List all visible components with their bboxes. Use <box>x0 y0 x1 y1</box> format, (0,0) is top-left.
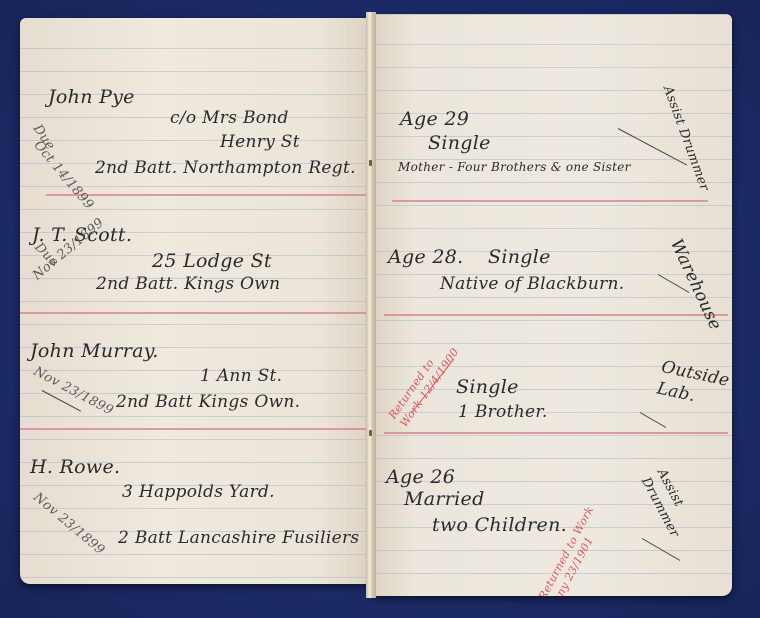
entry-regiment: 2nd Batt. Kings Own <box>96 274 280 294</box>
entry-address-line1: c/o Mrs Bond <box>170 108 289 128</box>
entry-age: Age 28. <box>388 246 463 268</box>
entry-name: H. Rowe. <box>30 456 120 478</box>
entry-family: Mother - Four Brothers & one Sister <box>398 160 631 174</box>
entry-name: John Murray. <box>30 340 159 362</box>
entry-family: 1 Brother. <box>458 402 548 422</box>
entry-status: Single <box>428 132 491 154</box>
entry-address-line1: 3 Happolds Yard. <box>122 482 275 502</box>
entry-status: Single <box>456 376 519 398</box>
entry-regiment: 2 Batt Lancashire Fusiliers <box>118 528 359 548</box>
entry-name: John Pye <box>48 86 135 108</box>
entry-status: Married <box>404 488 485 510</box>
binding-stitch <box>369 430 372 436</box>
book-spine <box>366 12 376 598</box>
entry-family: two Children. <box>432 514 567 536</box>
entry-address-line1: 1 Ann St. <box>200 366 282 386</box>
entry-divider <box>384 314 728 316</box>
entry-divider <box>20 312 366 314</box>
entry-address-line2: Henry St <box>220 132 300 152</box>
left-page: John Pye c/o Mrs Bond Henry St 2nd Batt.… <box>20 18 370 584</box>
binding-stitch <box>369 160 372 166</box>
entry-regiment: 2nd Batt. Northampton Regt. <box>95 158 356 178</box>
entry-address-line1: 25 Lodge St <box>152 250 272 272</box>
entry-age: Age 29 <box>400 108 469 130</box>
entry-divider <box>46 194 366 196</box>
right-page: Age 29 Single Mother - Four Brothers & o… <box>372 14 732 596</box>
entry-divider <box>20 428 366 430</box>
entry-status: Single <box>488 246 551 268</box>
entry-regiment: 2nd Batt Kings Own. <box>116 392 300 412</box>
entry-divider <box>384 432 728 434</box>
entry-age: Age 26 <box>386 466 455 488</box>
entry-divider <box>392 200 708 202</box>
entry-family: Native of Blackburn. <box>440 274 624 294</box>
